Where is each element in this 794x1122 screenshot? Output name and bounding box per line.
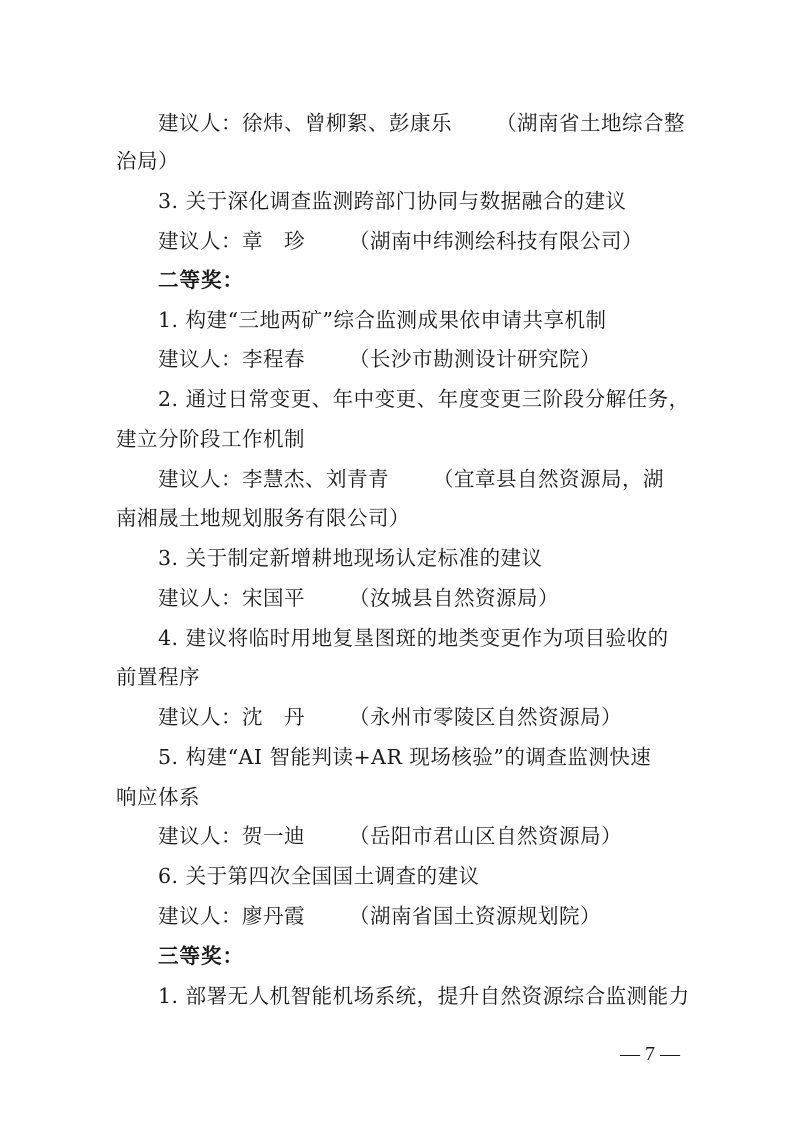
recommender-label: 建议人： <box>158 229 242 253</box>
recommender-names: 廖丹霞 <box>242 904 305 928</box>
proposal-item: 1. 构建“三地两矿”综合监测成果依申请共享机制 <box>158 306 607 334</box>
recommender-line: 建议人：徐炜、曾柳絮、彭康乐（湖南省土地综合整 <box>158 109 685 137</box>
recommender-label: 建议人： <box>158 904 242 928</box>
recommender-label: 建议人： <box>158 586 242 610</box>
proposal-item-continuation: 响应体系 <box>116 783 200 811</box>
recommender-label: 建议人： <box>158 824 242 848</box>
recommender-label: 建议人： <box>158 111 242 135</box>
recommender-org: （宜章县自然资源局，湖 <box>433 467 664 491</box>
recommender-line: 建议人：李慧杰、刘青青（宜章县自然资源局，湖 <box>158 465 664 493</box>
recommender-label: 建议人： <box>158 467 242 491</box>
recommender-org: （湖南省土地综合整 <box>496 111 685 135</box>
recommender-names: 李程春 <box>242 347 305 371</box>
recommender-line: 建议人：章 珍（湖南中纬测绘科技有限公司） <box>158 227 643 255</box>
proposal-item: 6. 关于第四次全国国土调查的建议 <box>158 862 480 890</box>
recommender-org-continuation: 南湘晟土地规划服务有限公司） <box>116 504 410 532</box>
proposal-item: 3. 关于深化调查监测跨部门协同与数据融合的建议 <box>158 187 627 215</box>
recommender-names: 徐炜、曾柳絮、彭康乐 <box>242 111 452 135</box>
recommender-org: （汝城县自然资源局） <box>349 586 559 610</box>
proposal-item-continuation: 前置程序 <box>116 663 200 691</box>
recommender-names: 沈 丹 <box>242 705 305 729</box>
section-heading-second-prize: 二等奖： <box>158 266 244 294</box>
recommender-names: 李慧杰、刘青青 <box>242 467 389 491</box>
recommender-names: 章 珍 <box>242 229 305 253</box>
recommender-org-continuation: 治局） <box>116 147 179 175</box>
section-heading-third-prize: 三等奖： <box>158 942 244 970</box>
recommender-org: （湖南省国土资源规划院） <box>349 904 601 928</box>
proposal-item: 3. 关于制定新增耕地现场认定标准的建议 <box>158 544 543 572</box>
recommender-org: （湖南中纬测绘科技有限公司） <box>349 229 643 253</box>
recommender-line: 建议人：沈 丹（永州市零陵区自然资源局） <box>158 703 622 731</box>
recommender-line: 建议人：李程春（长沙市勘测设计研究院） <box>158 345 601 373</box>
recommender-names: 贺一迪 <box>242 824 305 848</box>
recommender-label: 建议人： <box>158 347 242 371</box>
recommender-label: 建议人： <box>158 705 242 729</box>
proposal-item: 5. 构建“AI 智能判读+AR 现场核验”的调查监测快速 <box>158 743 651 771</box>
recommender-org: （岳阳市君山区自然资源局） <box>349 824 622 848</box>
recommender-org: （永州市零陵区自然资源局） <box>349 705 622 729</box>
recommender-org: （长沙市勘测设计研究院） <box>349 347 601 371</box>
proposal-item-continuation: 建立分阶段工作机制 <box>116 425 305 453</box>
proposal-item: 1. 部署无人机智能机场系统，提升自然资源综合监测能力 <box>158 982 690 1010</box>
recommender-line: 建议人：宋国平（汝城县自然资源局） <box>158 584 559 612</box>
recommender-line: 建议人：贺一迪（岳阳市君山区自然资源局） <box>158 822 622 850</box>
proposal-item: 4. 建议将临时用地复垦图斑的地类变更作为项目验收的 <box>158 624 669 652</box>
proposal-item: 2. 通过日常变更、年中变更、年度变更三阶段分解任务， <box>158 385 690 413</box>
page-number: — 7 — <box>620 1040 680 1068</box>
document-page: 建议人：徐炜、曾柳絮、彭康乐（湖南省土地综合整 治局） 3. 关于深化调查监测跨… <box>0 0 794 1122</box>
recommender-line: 建议人：廖丹霞（湖南省国土资源规划院） <box>158 902 601 930</box>
recommender-names: 宋国平 <box>242 586 305 610</box>
